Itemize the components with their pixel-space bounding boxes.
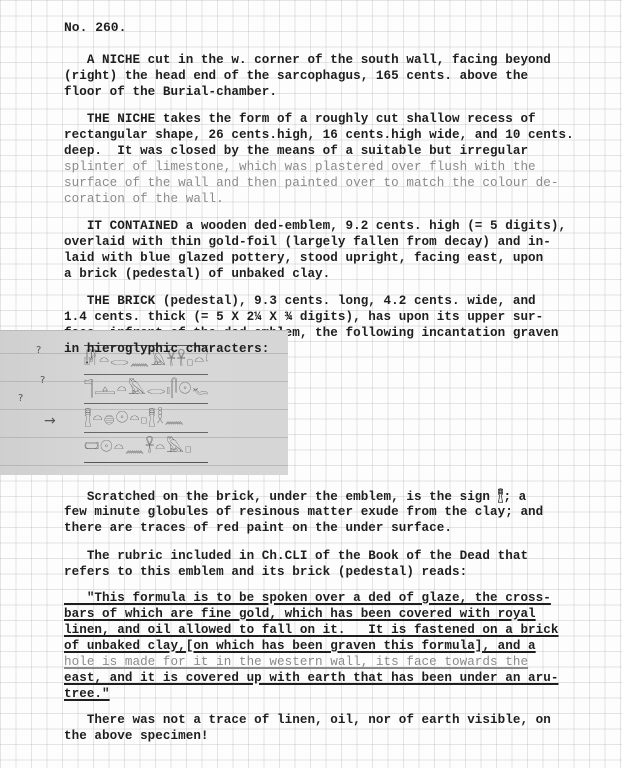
text-span: Scratched on the brick, under the emblem… [64, 490, 498, 504]
text-line: deep. It was closed by the means of a su… [64, 143, 528, 159]
quote-line: linen, and oil allowed to fall on it. It… [64, 622, 559, 638]
hieroglyph-row: 𓊽𓏏𓐍𓇳𓏏𓊪𓊽𓎛𓈖 [84, 404, 208, 433]
margin-mark: ? [18, 393, 23, 404]
margin-mark: ? [36, 345, 41, 356]
text-line: Scratched on the brick, under the emblem… [64, 488, 526, 505]
text-line: coration of the wall. [64, 191, 224, 207]
quote-line: "This formula is to be spoken over a ded… [64, 590, 551, 606]
text-line: refers to this emblem and its brick (ped… [64, 564, 467, 580]
arrow-icon: → [44, 413, 56, 429]
page-title: No. 260. [64, 20, 126, 35]
hieroglyph-row: 𓍷𓇳𓏏𓈖𓋹𓏏𓅓𓊪 [84, 433, 208, 461]
quote-line: hole is made for it in the western wall,… [64, 654, 528, 670]
quote-line: east, and it is covered up with earth th… [64, 670, 559, 686]
hieroglyph-row: 𓊹𓊵𓏏𓅓𓂋𓏤𓋴𓇳𓆑 [84, 375, 208, 404]
text-line: few minute globules of resinous matter e… [64, 504, 543, 520]
text-line: The rubric included in Ch.CLI of the Boo… [64, 548, 528, 564]
text-line: floor of the Burial-chamber. [64, 84, 277, 100]
text-line: A NICHE cut in the w. corner of the sout… [64, 52, 551, 68]
text-line: (right) the head end of the sarcophagus,… [64, 68, 528, 84]
quote-line: tree." [64, 686, 110, 702]
text-line: overlaid with thin gold-foil (largely fa… [64, 234, 551, 250]
text-line: there are traces of red paint on the und… [64, 520, 452, 536]
text-line: in hieroglyphic characters: [64, 341, 269, 357]
text-line: rectangular shape, 26 cents.high, 16 cen… [64, 127, 574, 143]
document-page: No. 260. A NICHE cut in the w. corner of… [0, 0, 622, 768]
text-line: 1.4 cents. thick (= 5 X 2¼ X ¾ digits), … [64, 309, 543, 325]
text-line: There was not a trace of linen, oil, nor… [64, 712, 551, 728]
text-line: surface of the wall and then painted ove… [64, 175, 559, 191]
text-line: THE NICHE takes the form of a roughly cu… [64, 111, 536, 127]
hieroglyph-inscription: 𓏞𓏏𓂋𓈖𓄿𓋹𓋹𓊪𓏏𓇋 𓊹𓊵𓏏𓅓𓂋𓏤𓋴𓇳𓆑 𓊽𓏏𓐍𓇳𓏏𓊪𓊽𓎛𓈖 𓍷𓇳𓏏𓈖𓋹𓏏𓅓𓊪 [84, 345, 208, 463]
quote-line: of unbaked clay,[on which has been grave… [64, 638, 536, 654]
quote-line: bars of which are fine gold, which has b… [64, 606, 536, 622]
text-line: splinter of limestone, which was plaster… [64, 159, 536, 175]
text-line: THE BRICK (pedestal), 9.3 cents. long, 4… [64, 293, 536, 309]
text-line: the above specimen! [64, 728, 209, 744]
text-span: ; a [503, 490, 526, 504]
margin-mark: ? [40, 375, 45, 386]
text-line: IT CONTAINED a wooden ded-emblem, 9.2 ce… [64, 218, 566, 234]
text-line: laid with blue glazed pottery, stood upr… [64, 250, 543, 266]
text-line: a brick (pedestal) of unbaked clay. [64, 266, 330, 282]
